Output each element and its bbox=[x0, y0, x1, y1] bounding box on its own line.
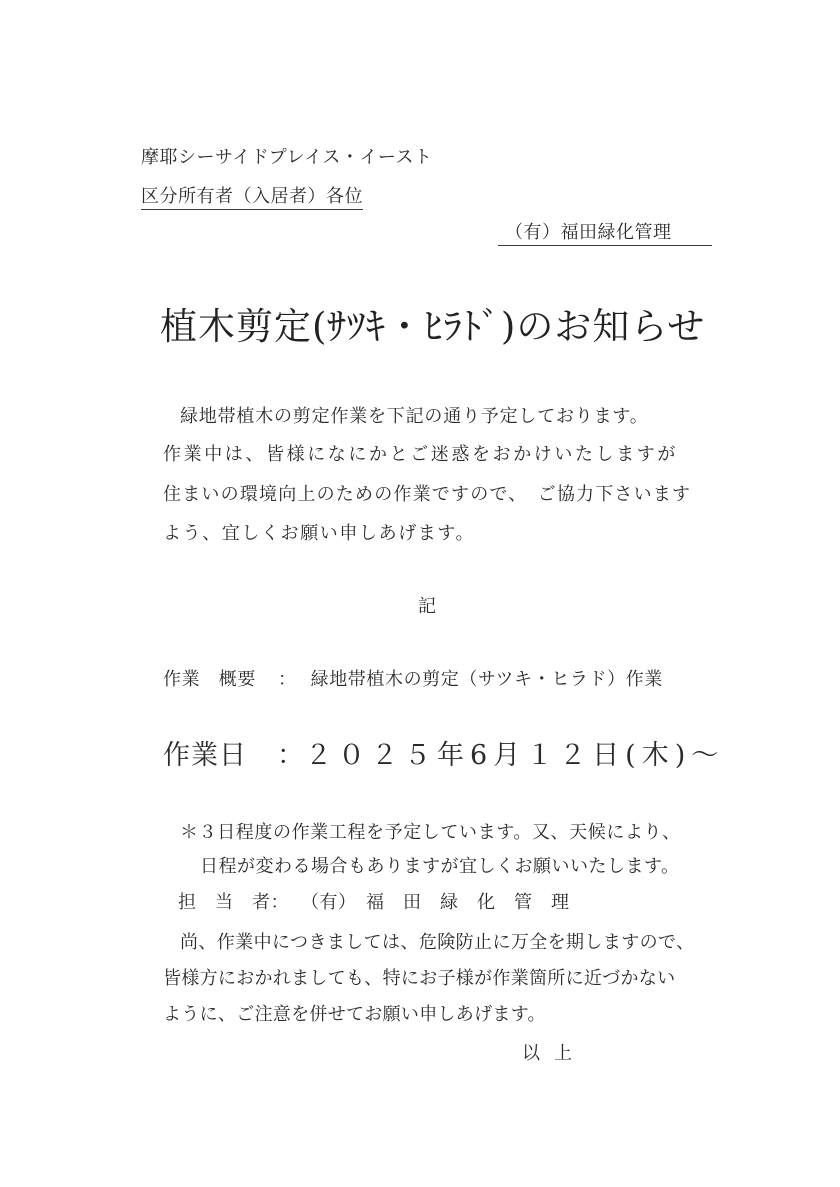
work-date-separator: ： bbox=[277, 740, 305, 771]
caution-line: 皆様方におかれましても、特にお子様が作業箇所に近づかない bbox=[163, 964, 675, 990]
sender-company: （有）福田緑化管理 bbox=[498, 218, 712, 246]
contact-person: 担 当 者：（有） 福 田 緑 化 管 理 bbox=[178, 888, 570, 914]
caution-line: ように、ご注意を併せてお願い申しあげます。 bbox=[163, 1000, 546, 1026]
intro-line: よう、宜しくお願い申しあげます。 bbox=[163, 519, 475, 545]
intro-line: 住まいの環境向上のための作業ですので、 ご協力下さいます bbox=[163, 480, 691, 506]
contact-value: （有） 福 田 緑 化 管 理 bbox=[301, 892, 570, 913]
work-date-value: ２０２５年6月１２日(木)～ bbox=[305, 740, 724, 771]
work-summary-label: 作業 概要 bbox=[163, 669, 256, 690]
work-date-label: 作業日 bbox=[163, 740, 247, 771]
addressee-building: 摩耶シーサイドプレイス・イースト bbox=[141, 143, 433, 169]
intro-line: 緑地帯植木の剪定作業を下記の通り予定しております。 bbox=[180, 402, 649, 428]
work-summary: 作業 概要：緑地帯植木の剪定（サツキ・ヒラド）作業 bbox=[163, 665, 663, 691]
schedule-note-line: 日程が変わる場合もありますが宜しくお願いいたします。 bbox=[200, 852, 680, 878]
intro-line: 作業中は、皆様になにかとご迷惑をおかけいたしますが bbox=[163, 440, 678, 466]
work-date: 作業日：２０２５年6月１２日(木)～ bbox=[163, 733, 724, 772]
schedule-note-line: ＊３日程度の作業工程を予定しています。又、天候により、 bbox=[180, 818, 681, 844]
work-summary-separator: ： bbox=[278, 669, 297, 690]
ki-heading: 記 bbox=[418, 592, 436, 618]
contact-label: 担 当 者： bbox=[178, 892, 289, 913]
addressee-owners: 区分所有者（入居者）各位 bbox=[141, 182, 363, 210]
caution-line: 尚、作業中につきましては、危険防止に万全を期しますので、 bbox=[180, 928, 694, 954]
work-summary-value: 緑地帯植木の剪定（サツキ・ヒラド）作業 bbox=[311, 669, 663, 690]
closing-mark: 以上 bbox=[522, 1039, 586, 1065]
page-title: 植木剪定(ｻﾂｷ・ﾋﾗﾄﾞ)のお知らせ bbox=[160, 296, 705, 350]
